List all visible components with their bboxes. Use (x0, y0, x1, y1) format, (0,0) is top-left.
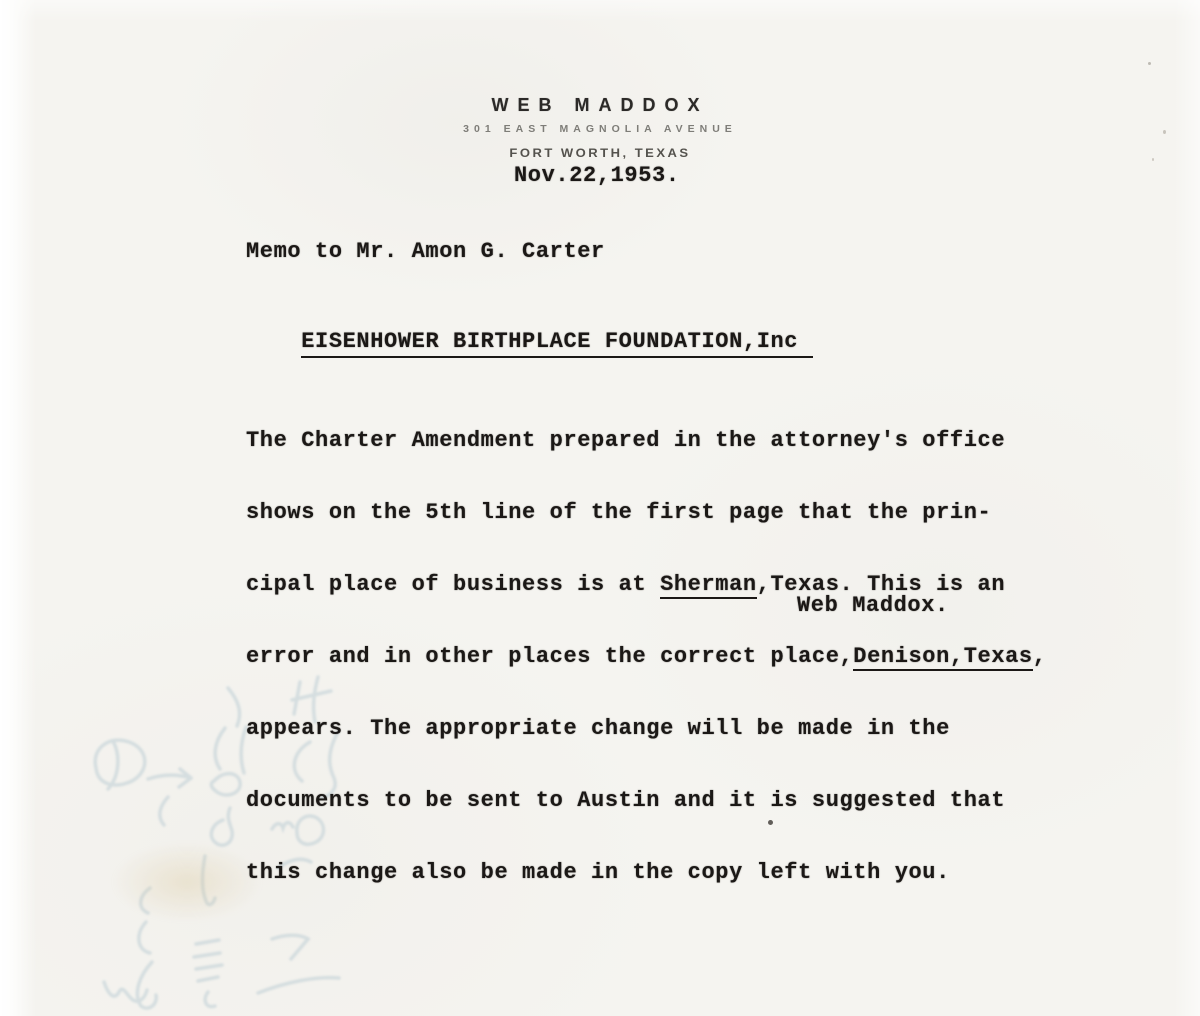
body-line: shows on the 5th line of the first page … (246, 501, 1047, 525)
letterhead-name: WEB MADDOX (0, 95, 1200, 116)
letterhead-address: 301 EAST MAGNOLIA AVENUE (0, 123, 1200, 134)
subject-text: EISENHOWER BIRTHPLACE FOUNDATION,Inc (301, 330, 813, 358)
paper-speck (1148, 62, 1151, 65)
body-line: documents to be sent to Austin and it is… (246, 789, 1047, 813)
scanned-memo-page: WEB MADDOX 301 EAST MAGNOLIA AVENUE FORT… (0, 0, 1200, 1016)
subject-line: EISENHOWER BIRTHPLACE FOUNDATION,Inc (246, 306, 813, 382)
signature-line: Web Maddox. (797, 594, 949, 618)
body-line: this change also be made in the copy lef… (246, 861, 1047, 885)
underlined-sherman: Sherman (660, 572, 757, 599)
underlined-denison: Denison,Texas (853, 644, 1032, 671)
body-line: error and in other places the correct pl… (246, 645, 1047, 669)
date-line: Nov.22,1953. (514, 164, 680, 188)
body-line: The Charter Amendment prepared in the at… (246, 429, 1047, 453)
memo-recipient-line: Memo to Mr. Amon G. Carter (246, 240, 605, 264)
letterhead-city: FORT WORTH, TEXAS (0, 145, 1200, 159)
paper-stain (112, 842, 262, 922)
body-line: appears. The appropriate change will be … (246, 717, 1047, 741)
body-paragraph: The Charter Amendment prepared in the at… (246, 381, 1047, 933)
